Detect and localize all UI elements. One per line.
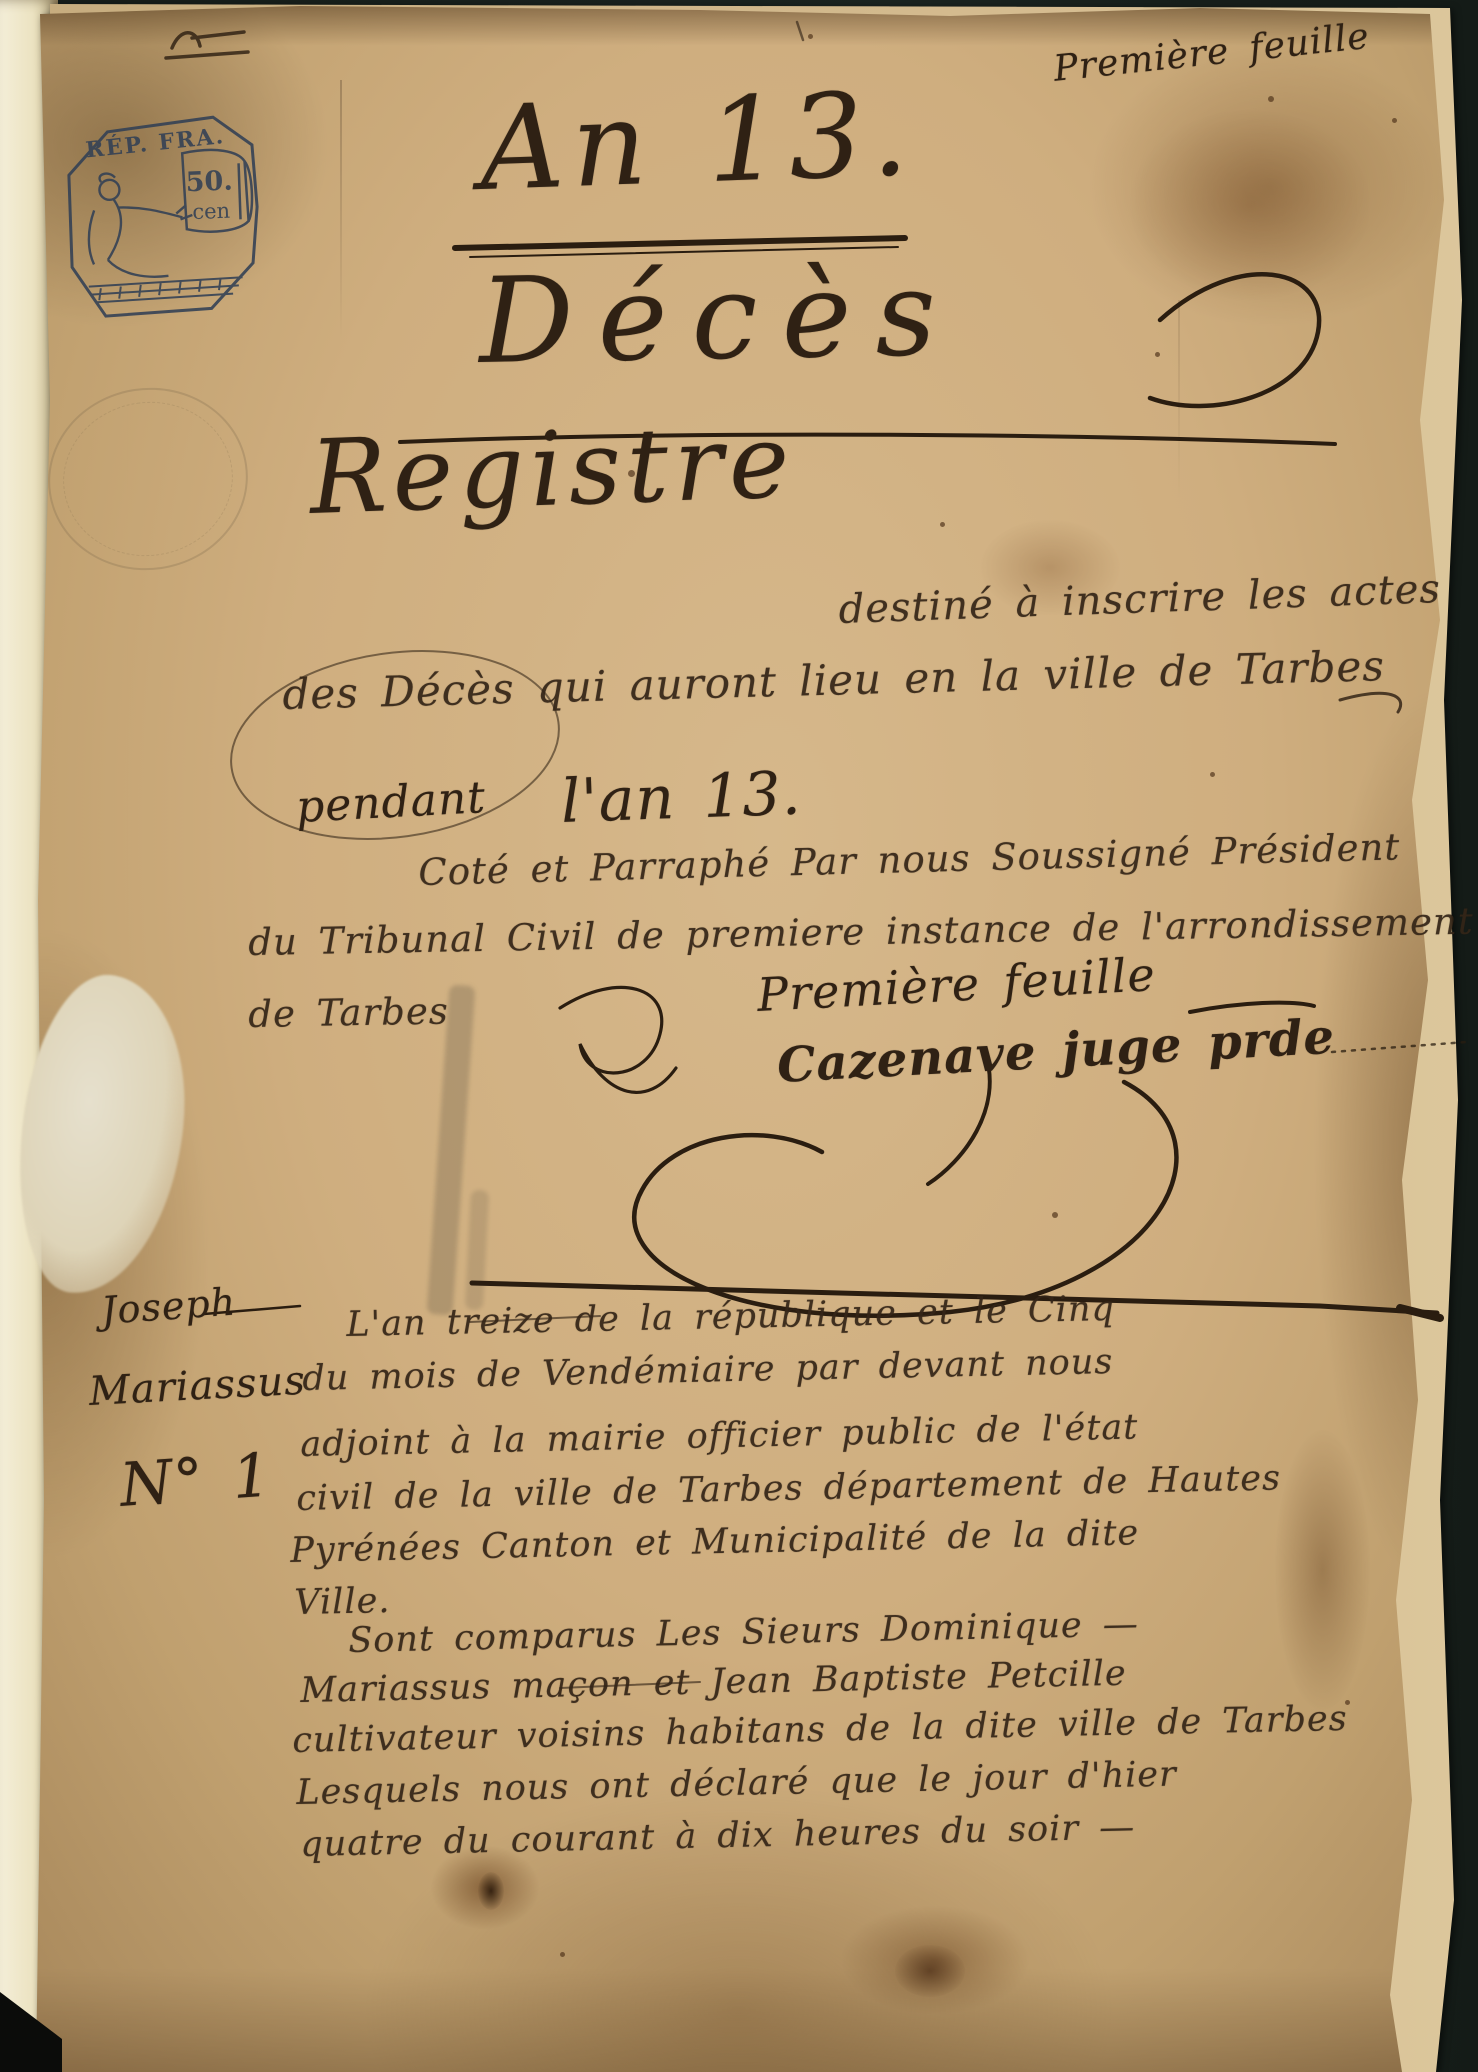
register-line3: pendant l'an 13. xyxy=(295,772,801,832)
margin-act-number: N° 1 xyxy=(118,1445,274,1515)
register-line3-lead: pendant xyxy=(295,776,487,830)
revenue-stamp: RÉP. FRA. 50. cen xyxy=(54,84,272,326)
margin-name-line2: Mariassus xyxy=(88,1361,307,1412)
foxing-dot xyxy=(1210,772,1215,777)
stamp-unit: cen xyxy=(192,199,231,224)
stamp-label: RÉP. FRA. xyxy=(84,122,226,163)
foxing-dot xyxy=(1392,118,1397,123)
scanned-register-page: RÉP. FRA. 50. cen xyxy=(0,0,1478,2072)
margin-name-line1: Joseph xyxy=(100,1283,237,1330)
paper-crease xyxy=(340,80,342,340)
stamp-value: 50. xyxy=(185,166,233,199)
foxing-dot xyxy=(808,34,813,39)
stamp-figure xyxy=(87,171,195,279)
certification-line3: de Tarbes xyxy=(248,993,449,1033)
register-word: Registre xyxy=(308,411,797,530)
title-year: An 13. xyxy=(478,77,918,208)
foxing-dot xyxy=(560,1952,565,1957)
foxing-dot xyxy=(1155,352,1160,357)
register-line3-year: l'an 13. xyxy=(560,764,803,832)
paper-crease xyxy=(1178,300,1180,500)
foxing-dot xyxy=(1052,1212,1058,1218)
foxing-dot xyxy=(940,522,945,527)
act-line: Ville. xyxy=(294,1584,391,1621)
foxing-dot xyxy=(1268,96,1274,102)
title-subject: Décès xyxy=(478,254,961,380)
